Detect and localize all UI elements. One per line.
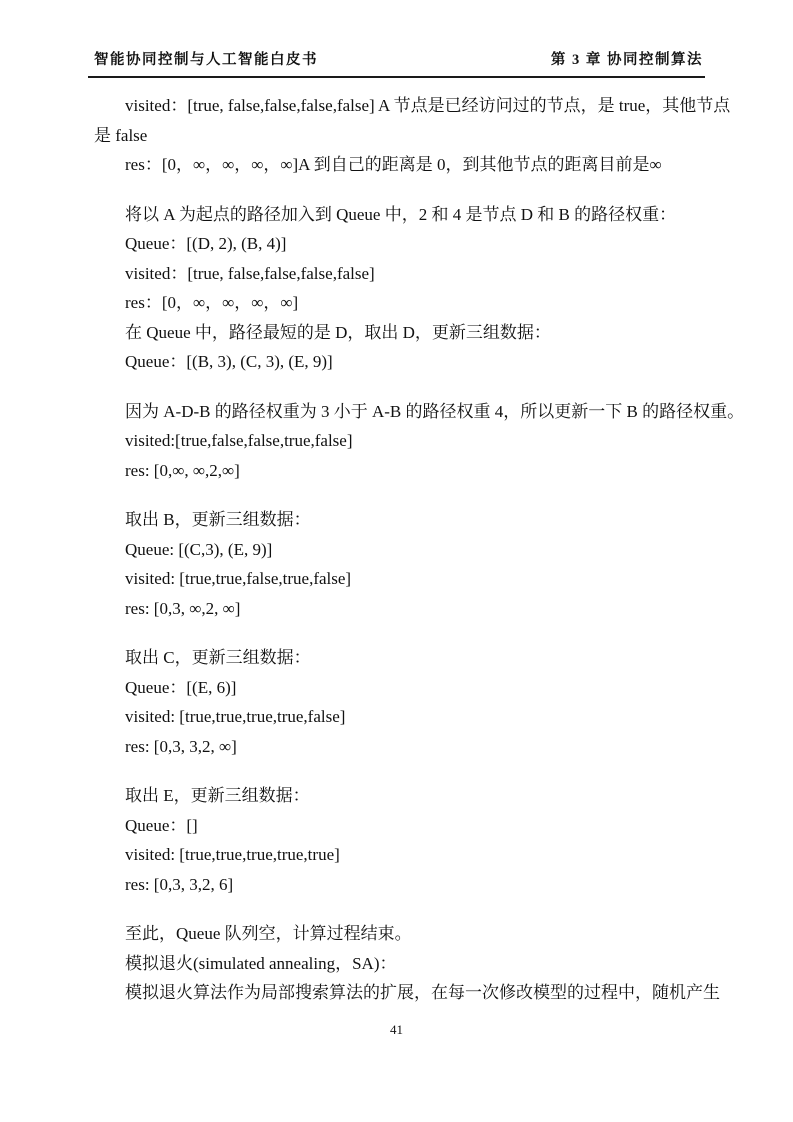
text-line: 将以 A 为起点的路径加入到 Queue 中，2 和 4 是节点 D 和 B 的… xyxy=(94,200,710,230)
text-line: Queue：[(D, 2), (B, 4)] xyxy=(94,229,710,259)
text-line: res: [0,3, 3,2, ∞] xyxy=(94,732,710,762)
text-line: visited: [true,true,false,true,false] xyxy=(94,564,710,594)
header-right-chapter: 第 3 章 协同控制算法 xyxy=(551,48,703,69)
paragraph-spacer xyxy=(94,623,710,643)
text-line: Queue：[] xyxy=(94,811,710,841)
text-line: 模拟退火(simulated annealing，SA)： xyxy=(94,949,710,979)
text-line: 在 Queue 中，路径最短的是 D，取出 D，更新三组数据： xyxy=(94,318,710,348)
text-line: 是 false xyxy=(94,121,710,151)
paragraph-spacer xyxy=(94,761,710,781)
text-line: res：[0，∞，∞，∞，∞]A 到自己的距离是 0，到其他节点的距离目前是∞ xyxy=(94,150,710,180)
text-line: visited：[true, false,false,false,false] … xyxy=(94,91,710,121)
header-rule: 智能协同控制与人工智能白皮书 第 3 章 协同控制算法 xyxy=(88,48,705,78)
text-line: 取出 E，更新三组数据： xyxy=(94,781,710,811)
text-line: 至此，Queue 队列空，计算过程结束。 xyxy=(94,919,710,949)
text-line: res: [0,3, 3,2, 6] xyxy=(94,870,710,900)
text-line: Queue：[(B, 3), (C, 3), (E, 9)] xyxy=(94,347,710,377)
text-line: Queue：[(E, 6)] xyxy=(94,673,710,703)
text-line: res: [0,∞, ∞,2,∞] xyxy=(94,456,710,486)
text-line: visited:[true,false,false,true,false] xyxy=(94,426,710,456)
text-line: 取出 B，更新三组数据： xyxy=(94,505,710,535)
text-line: res: [0,3, ∞,2, ∞] xyxy=(94,594,710,624)
text-line: 取出 C，更新三组数据： xyxy=(94,643,710,673)
text-line: Queue: [(C,3), (E, 9)] xyxy=(94,535,710,565)
page-number: 41 xyxy=(0,1021,793,1039)
paragraph-spacer xyxy=(94,899,710,919)
text-line: visited: [true,true,true,true,false] xyxy=(94,702,710,732)
paragraph-spacer xyxy=(94,485,710,505)
paragraph-spacer xyxy=(94,180,710,200)
text-line: res：[0，∞，∞，∞，∞] xyxy=(94,288,710,318)
header-left-title: 智能协同控制与人工智能白皮书 xyxy=(94,48,318,69)
text-line: visited: [true,true,true,true,true] xyxy=(94,840,710,870)
document-body: visited：[true, false,false,false,false] … xyxy=(94,91,710,1008)
text-line: 模拟退火算法作为局部搜索算法的扩展，在每一次修改模型的过程中，随机产生 xyxy=(94,978,710,1008)
text-line: visited：[true, false,false,false,false] xyxy=(94,259,710,289)
paragraph-spacer xyxy=(94,377,710,397)
text-line: 因为 A-D-B 的路径权重为 3 小于 A-B 的路径权重 4，所以更新一下 … xyxy=(94,397,710,427)
